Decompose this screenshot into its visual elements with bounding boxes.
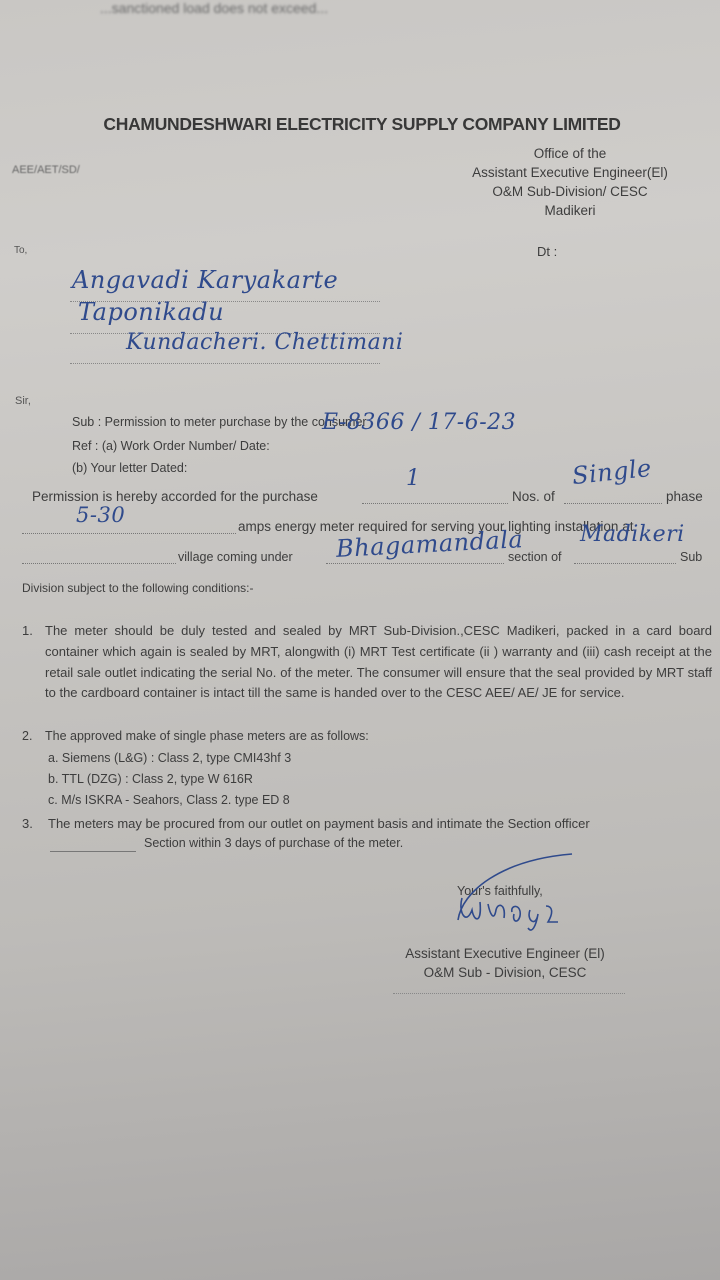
- section-of-label: section of: [508, 550, 562, 564]
- office-address: Office of the Assistant Executive Engine…: [450, 144, 690, 220]
- condition-2: 2.The approved make of single phase mete…: [22, 729, 369, 743]
- office-line: Office of the: [450, 144, 690, 163]
- office-line: O&M Sub-Division/ CESC: [450, 182, 690, 201]
- addressee-line-3: Kundacheri. Chettimani: [126, 330, 403, 355]
- condition-number: 1.: [22, 621, 45, 704]
- condition-3-continued: Section within 3 days of purchase of the…: [144, 836, 403, 850]
- condition-3: 3.The meters may be procured from our ou…: [22, 816, 590, 831]
- permission-line-4: Division subject to the following condit…: [22, 581, 253, 595]
- office-line: Madikeri: [450, 201, 690, 220]
- designation-line: O&M Sub - Division, CESC: [380, 963, 630, 982]
- office-line: Assistant Executive Engineer(El): [450, 163, 690, 182]
- date-label: Dt :: [537, 244, 557, 259]
- condition-text: The meter should be duly tested and seal…: [45, 621, 712, 704]
- phase-label: phase: [666, 489, 703, 504]
- condition-text: The approved make of single phase meters…: [45, 729, 369, 743]
- section-field-line: [326, 563, 504, 564]
- village-coming-under-label: village coming under: [178, 550, 293, 564]
- addressee-line-1: Angavadi Karyakarte: [72, 266, 338, 294]
- village-field-line: [22, 563, 176, 564]
- phase-type-value: Single: [571, 454, 653, 490]
- work-order-number-date: E-8366 / 17-6-23: [322, 410, 516, 435]
- sub-label: Sub: [680, 550, 702, 564]
- section-blank-line: [50, 851, 136, 852]
- meter-make-item: c. M/s ISKRA - Seahors, Class 2. type ED…: [48, 793, 290, 807]
- amps-field-line: [22, 533, 236, 534]
- address-dotted-line: [70, 362, 380, 364]
- meter-make-item: b. TTL (DZG) : Class 2, type W 616R: [48, 772, 253, 786]
- condition-number: 3.: [22, 816, 48, 831]
- salutation: Sir,: [15, 395, 31, 407]
- subdivision-field-line: [574, 563, 676, 564]
- ref-work-order-label: Ref : (a) Work Order Number/ Date:: [72, 439, 270, 453]
- designation-line: Assistant Executive Engineer (El): [380, 944, 630, 963]
- amps-value: 5-30: [76, 503, 125, 527]
- meter-make-item: a. Siemens (L&G) : Class 2, type CMI43hf…: [48, 751, 291, 765]
- permission-line-1-prefix: Permission is hereby accorded for the pu…: [32, 489, 318, 504]
- reference-code: AEE/AET/SD/: [12, 164, 80, 176]
- to-label: To,: [14, 245, 27, 256]
- quantity-field-line: [362, 503, 508, 504]
- subdivision-value: Madikeri: [580, 522, 685, 547]
- signature-scribble: [440, 852, 600, 932]
- previous-page-bleed-text: ...sanctioned load does not exceed...: [100, 0, 328, 16]
- addressee-line-2: Taponikadu: [78, 298, 224, 326]
- quantity-value: 1: [406, 466, 421, 491]
- phase-field-line: [564, 503, 662, 504]
- company-name: CHAMUNDESHWARI ELECTRICITY SUPPLY COMPAN…: [2, 114, 720, 135]
- ref-letter-dated-label: (b) Your letter Dated:: [72, 461, 187, 475]
- nos-of-label: Nos. of: [512, 489, 555, 504]
- signature-dotted-line: [393, 993, 625, 994]
- condition-text: The meters may be procured from our outl…: [48, 816, 590, 831]
- condition-number: 2.: [22, 729, 45, 743]
- condition-1: 1. The meter should be duly tested and s…: [22, 621, 712, 704]
- signatory-designation: Assistant Executive Engineer (El) O&M Su…: [380, 944, 630, 982]
